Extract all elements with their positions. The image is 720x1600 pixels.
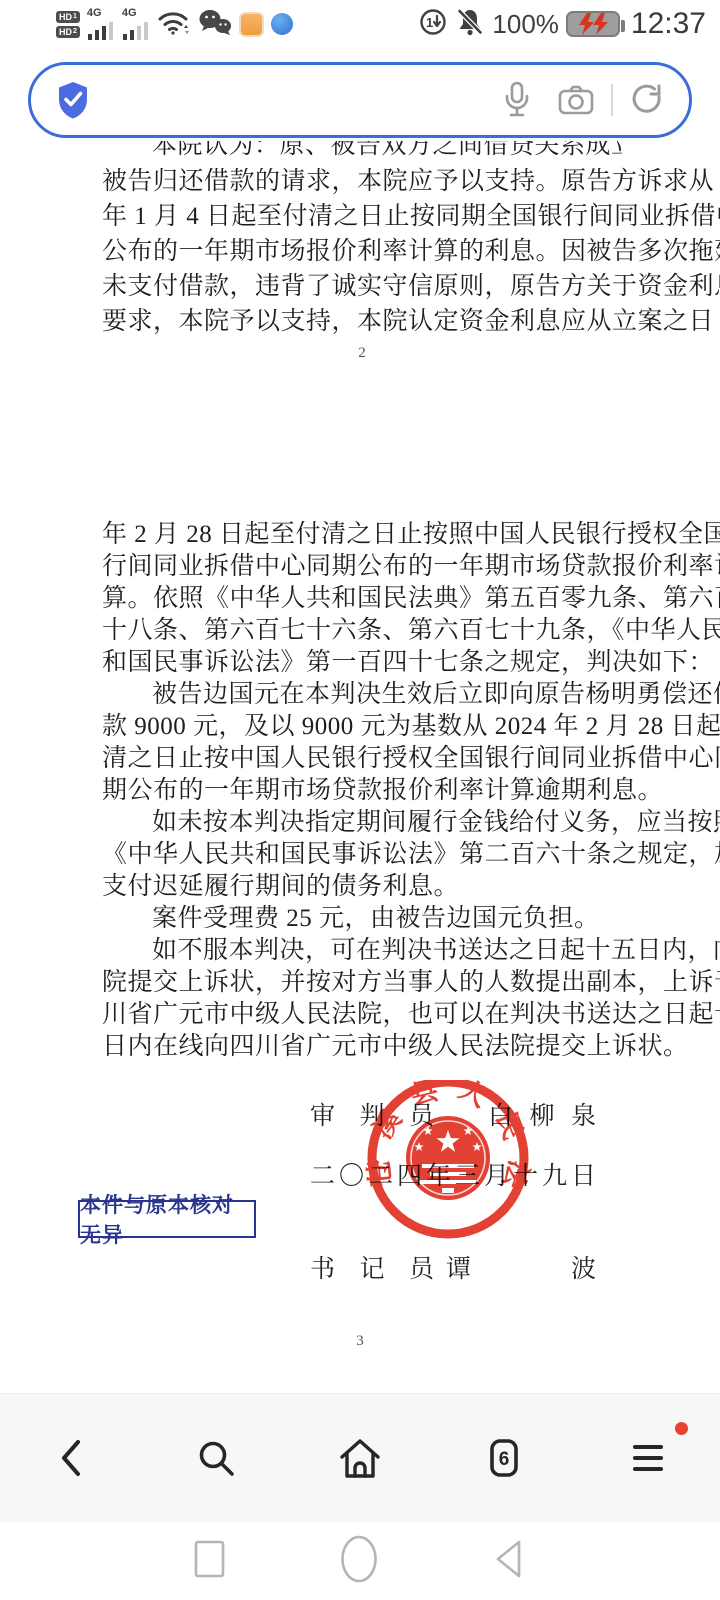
system-navigation-bar [0, 1522, 720, 1600]
hamburger-menu-icon [628, 1438, 668, 1478]
tab-count-icon: 6 [482, 1435, 526, 1481]
wifi-icon [157, 8, 191, 41]
back-chevron-icon [52, 1436, 92, 1480]
status-bar-right: 1 100% 12:37 [418, 7, 706, 42]
document-text-line: 算。依照《中华人共和国民法典》第五百零九条、第六百六 [102, 583, 622, 615]
seal-national-emblem [406, 1116, 490, 1200]
blue-app-notification-icon [271, 13, 293, 35]
clerk-line: 书记员 谭波 [310, 1249, 596, 1285]
court-official-seal: 苍溪县人民法院 [363, 1080, 533, 1242]
document-text-line: 本院认为：原、被告双方之间借贷关系成立，原告要求 [102, 141, 622, 163]
home-icon [336, 1435, 384, 1481]
clerk-title-label: 书记员 [310, 1249, 434, 1285]
home-nav-button[interactable] [339, 1534, 379, 1589]
status-bar: HD1 HD2 4G 4G [0, 0, 720, 48]
voice-search-mic-icon[interactable] [503, 80, 531, 120]
document-text-line: 款 9000 元，及以 9000 元为基数从 2024 年 2 月 28 日起至… [102, 711, 622, 743]
document-text-line: 清之日止按中国人民银行授权全国银行间同业拆借中心同 [102, 743, 622, 775]
document-text-line: 《中华人民共和国民事诉讼法》第二百六十条之规定，加倍 [102, 839, 622, 871]
document-text-line: 支付迟延履行期间的债务利息。 [102, 871, 622, 903]
menu-button[interactable] [616, 1426, 680, 1490]
wechat-icon [198, 8, 232, 41]
document-text-line: 日内在线向四川省广元市中级人民法院提交上诉状。 [102, 1031, 622, 1063]
document-page-2[interactable]: 本院认为：原、被告双方之间借贷关系成立，原告要求 被告归还借款的请求，本院应予以… [102, 141, 622, 362]
address-bar-divider [611, 84, 613, 116]
document-text-line: 如不服本判决，可在判决书送达之日起十五日内，向本 [102, 935, 622, 967]
menu-notification-dot [675, 1422, 688, 1435]
tab-count-label: 6 [499, 1449, 510, 1470]
document-text-line: 期公布的一年期市场贷款报价利率计算逾期利息。 [102, 775, 622, 807]
clipped-text-line: 本院认为：原、被告双方之间借贷关系成立，原告要求 [102, 141, 622, 164]
document-text-line: 川省广元市中级人民法院，也可以在判决书送达之日起十五 [102, 999, 622, 1031]
document-text-line: 年 2 月 28 日起至付清之日止按照中国人民银行授权全国银 [102, 519, 622, 551]
page-3-lines: 年 2 月 28 日起至付清之日止按照中国人民银行授权全国银 行间同业拆借中心同… [102, 519, 622, 1063]
reload-icon[interactable] [629, 82, 665, 118]
document-page-3[interactable]: 年 2 月 28 日起至付清之日止按照中国人民银行授权全国银 行间同业拆借中心同… [102, 519, 622, 1063]
hd-badge: HD2 [56, 26, 80, 38]
document-text-line: 要求，本院予以支持，本院认定资金利息应从立案之日 2024 [102, 304, 622, 339]
document-text-line: 十八条、第六百七十六条、第六百七十九条，《中华人民共 [102, 615, 622, 647]
battery-charging-icon [566, 11, 620, 37]
document-text-line: 行间同业拆借中心同期公布的一年期市场贷款报价利率计 [102, 551, 622, 583]
hd-voice-icons: HD1 HD2 [56, 11, 80, 38]
back-nav-button[interactable] [491, 1537, 527, 1586]
browser-toolbar: 6 [0, 1393, 720, 1522]
home-button[interactable] [328, 1426, 392, 1490]
battery-percent-label: 100% [492, 9, 559, 40]
document-text-line: 年 1 月 4 日起至付清之日止按同期全国银行间同业拆借中心 [102, 199, 622, 234]
camera-search-icon[interactable] [557, 84, 595, 116]
clock-label: 12:37 [631, 7, 706, 41]
page-2-lines: 被告归还借款的请求，本院应予以支持。原告方诉求从 2024 年 1 月 4 日起… [102, 164, 622, 339]
document-text-line: 被告归还借款的请求，本院应予以支持。原告方诉求从 2024 [102, 164, 622, 199]
svg-text:1: 1 [426, 15, 433, 30]
page-number: 3 [0, 1333, 720, 1350]
phone-screen: HD1 HD2 4G 4G [0, 0, 720, 1600]
document-text-line: 和国民事诉讼法》第一百四十七条之规定，判决如下： [102, 647, 622, 679]
clerk-name: 谭波 [446, 1249, 596, 1285]
signal-strength-icon-sim1: 4G [87, 8, 115, 41]
site-security-shield-icon[interactable] [55, 80, 91, 120]
document-text-line: 未支付借款，违背了诚实守信原则，原告方关于资金利息的 [102, 269, 622, 304]
document-text-line: 如未按本判决指定期间履行金钱给付义务，应当按照 [102, 807, 622, 839]
verification-stamp: 本件与原本核对无异 [78, 1200, 256, 1238]
search-button[interactable] [184, 1426, 248, 1490]
signal-strength-icon-sim2: 4G [122, 8, 150, 41]
browser-address-bar[interactable] [28, 62, 692, 138]
notifications-muted-icon [455, 7, 485, 42]
hd-badge: HD1 [56, 11, 80, 23]
document-text-line: 被告边国元在本判决生效后立即向原告杨明勇偿还借 [102, 679, 622, 711]
search-icon [194, 1436, 238, 1480]
back-button[interactable] [40, 1426, 104, 1490]
document-text-line: 公布的一年期市场报价利率计算的利息。因被告多次拖延， [102, 234, 622, 269]
performance-mode-icon: 1 [418, 7, 448, 42]
tabs-button[interactable]: 6 [472, 1426, 536, 1490]
recents-button[interactable] [193, 1537, 227, 1586]
page-number: 2 [102, 345, 622, 362]
orange-app-icon [239, 12, 264, 37]
status-bar-left: HD1 HD2 4G 4G [56, 8, 293, 41]
document-text-line: 院提交上诉状，并按对方当事人的人数提出副本，上诉于四 [102, 967, 622, 999]
document-text-line: 案件受理费 25 元，由被告边国元负担。 [102, 903, 622, 935]
